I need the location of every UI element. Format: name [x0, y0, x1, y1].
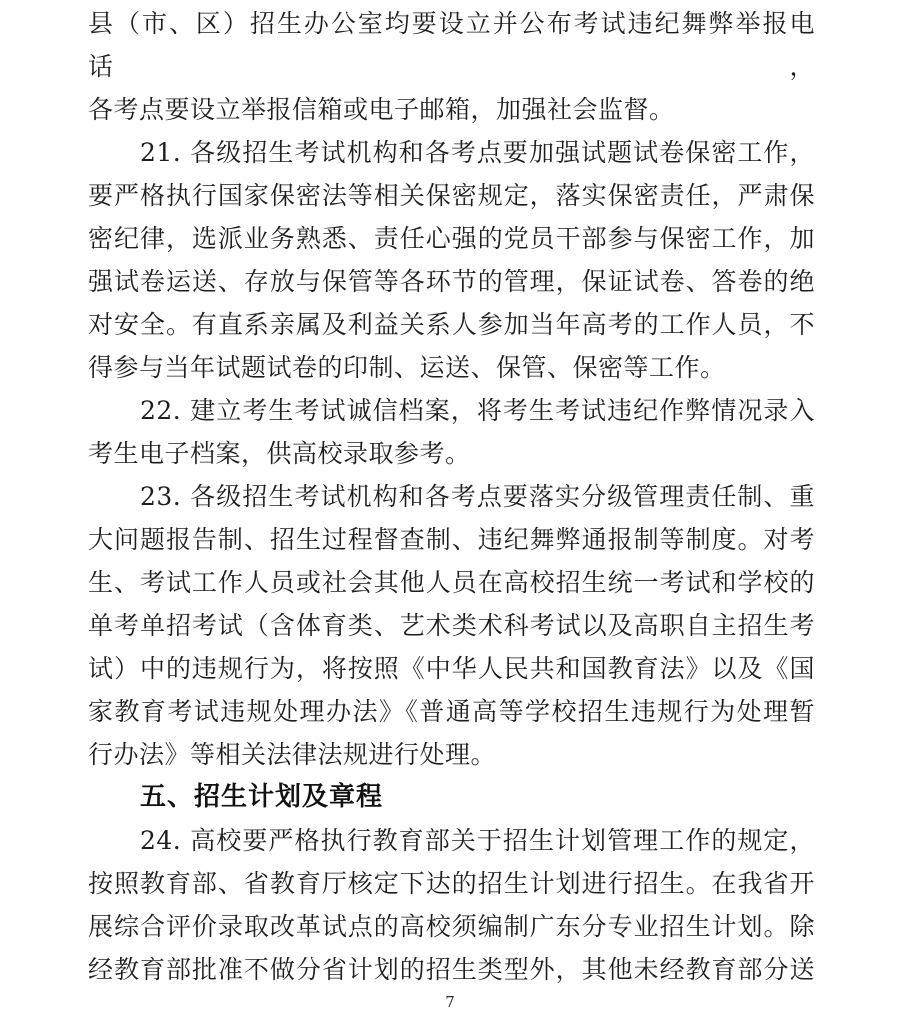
- text-line: 家教育考试违规处理办法》《普通高等学校招生违规行为处理暂: [88, 690, 815, 733]
- text-line: 21. 各级招生考试机构和各考点要加强试题试卷保密工作，: [88, 131, 815, 174]
- text-line: 23. 各级招生考试机构和各考点要落实分级管理责任制、重: [88, 475, 815, 518]
- section-heading: 五、招生计划及章程: [88, 776, 815, 819]
- text-line: 对安全。有直系亲属及利益关系人参加当年高考的工作人员，不: [88, 303, 815, 346]
- text-line: 24. 高校要严格执行教育部关于招生计划管理工作的规定，: [88, 819, 815, 862]
- text-line: 22. 建立考生考试诚信档案，将考生考试违纪作弊情况录入: [88, 389, 815, 432]
- text-line: 各考点要设立举报信箱或电子邮箱，加强社会监督。: [88, 88, 815, 131]
- text-line: 县（市、区）招生办公室均要设立并公布考试违纪舞弊举报电话，: [88, 2, 815, 88]
- text-line: 考生电子档案，供高校录取参考。: [88, 432, 815, 475]
- text-line: 强试卷运送、存放与保管等各环节的管理，保证试卷、答卷的绝: [88, 260, 815, 303]
- text-line: 大问题报告制、招生过程督查制、违纪舞弊通报制等制度。对考: [88, 518, 815, 561]
- text-line: 要严格执行国家保密法等相关保密规定，落实保密责任，严肃保: [88, 174, 815, 217]
- text-line: 密纪律，选派业务熟悉、责任心强的党员干部参与保密工作，加: [88, 217, 815, 260]
- text-line: 试）中的违规行为，将按照《中华人民共和国教育法》以及《国: [88, 647, 815, 690]
- text-line: 按照教育部、省教育厅核定下达的招生计划进行招生。在我省开: [88, 862, 815, 905]
- text-line: 生、考试工作人员或社会其他人员在高校招生统一考试和学校的: [88, 561, 815, 604]
- document-page: 县（市、区）招生办公室均要设立并公布考试违纪舞弊举报电话，各考点要设立举报信箱或…: [0, 0, 900, 1021]
- text-line: 行办法》等相关法律法规进行处理。: [88, 733, 815, 776]
- text-line: 单考单招考试（含体育类、艺术类术科考试以及高职自主招生考: [88, 604, 815, 647]
- page-number: 7: [0, 993, 900, 1011]
- text-line: 展综合评价录取改革试点的高校须编制广东分专业招生计划。除: [88, 905, 815, 948]
- text-line: 经教育部批准不做分省计划的招生类型外，其他未经教育部分送: [88, 948, 815, 991]
- document-body: 县（市、区）招生办公室均要设立并公布考试违纪舞弊举报电话，各考点要设立举报信箱或…: [88, 2, 815, 991]
- text-line: 得参与当年试题试卷的印制、运送、保管、保密等工作。: [88, 346, 815, 389]
